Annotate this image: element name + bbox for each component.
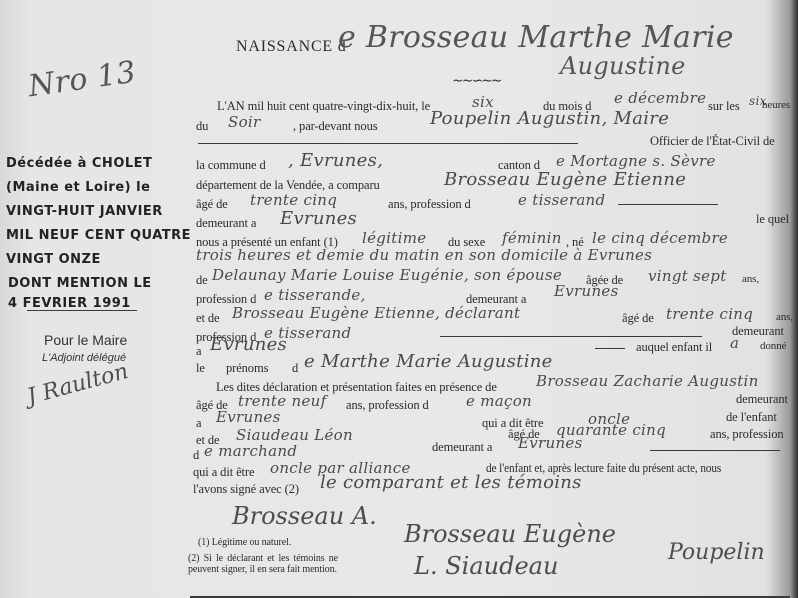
death-note-line: MIL NEUF CENT QUATRE	[6, 224, 191, 248]
hand-witness1-residence: Evrunes	[216, 408, 281, 426]
adjoint-signature: J Raulton	[25, 359, 131, 410]
title-handwritten-2: Augustine	[560, 52, 686, 80]
title-printed: NAISSANCE d	[236, 38, 347, 56]
hand-declarant-age: trente cinq	[666, 305, 753, 323]
hand-birth-date: le cinq décembre	[592, 229, 728, 247]
text-d: d	[292, 361, 298, 376]
text-a: a	[196, 416, 201, 431]
text-year: L'AN mil huit cent quatre-vingt-dix-huit…	[217, 99, 430, 114]
hand-residence: Evrunes	[280, 208, 357, 229]
text-age: âgé de	[622, 311, 654, 326]
hand-comparant: Brosseau Eugène Etienne	[444, 169, 686, 190]
rule	[595, 348, 625, 349]
hand-mother: Delaunay Marie Louise Eugénie, son épous…	[212, 266, 562, 284]
hand-mother-residence: Evrunes	[554, 282, 619, 300]
hand-soir: Soir	[228, 113, 260, 131]
text-et-de: et de	[196, 311, 219, 326]
stamp-pour-le-maire: Pour le Maire	[44, 332, 127, 348]
text-profession: ans, profession d	[346, 398, 429, 413]
mention-note-line: DONT MENTION LE	[8, 274, 152, 294]
mention-note-line: 4 FEVRIER 1991	[8, 294, 152, 314]
text-auquel: auquel enfant il	[636, 340, 712, 355]
footnote-2: (2) Si le déclarant et les témoins ne pe…	[188, 553, 338, 575]
hand-witness2-residence: Evrunes	[518, 434, 583, 452]
text-demeurant: demeurant a	[432, 440, 492, 455]
hand-witness1: Brosseau Zacharie Augustin	[536, 372, 759, 390]
margin-mention-note: DONT MENTION LE 4 FEVRIER 1991	[8, 274, 152, 314]
text-profession: ans, profession d	[388, 197, 471, 212]
text-par-devant: , par-devant nous	[293, 119, 377, 134]
margin-death-note: Décédée à CHOLET (Maine et Loire) le VIN…	[6, 152, 191, 272]
hand-signatories: le comparant et les témoins	[320, 472, 582, 493]
hand-witness2-profession: e marchand	[204, 442, 297, 460]
text-demeurant: demeurant	[736, 392, 788, 407]
hand-witness1-profession: e maçon	[466, 392, 532, 410]
text-demeurant: demeurant	[732, 324, 784, 339]
hand-mother-age: vingt sept	[648, 267, 727, 285]
death-note-line: Décédée à CHOLET	[6, 152, 191, 176]
title-handwritten: e Brosseau Marthe Marie	[338, 20, 734, 55]
text-signe-avec: l'avons signé avec (2)	[193, 482, 299, 497]
hand-a: a	[730, 334, 739, 352]
text-prenoms: prénoms	[226, 361, 268, 376]
signature-brosseau-a: Brosseau A.	[232, 502, 377, 530]
hand-mother-profession: e tisserande,	[264, 286, 366, 304]
hand-sexe: féminin	[502, 229, 562, 247]
hand-commune: , Evrunes,	[288, 150, 383, 171]
text-d: d	[193, 448, 199, 463]
text-du: du	[196, 119, 208, 134]
rule	[618, 204, 718, 205]
death-note-line: (Maine et Loire) le	[6, 176, 191, 200]
hand-residence: Evrunes	[210, 334, 287, 355]
rule	[198, 143, 578, 144]
text-commune: la commune d	[196, 158, 266, 173]
text-le: le	[196, 361, 205, 376]
text-hour-label: sur les	[708, 99, 740, 114]
text-donne: donné	[760, 340, 786, 352]
hand-age: trente cinq	[250, 191, 337, 209]
text-ans-profession: ans, profession	[710, 427, 784, 442]
hand-declarant: Brosseau Eugène Etienne, déclarant	[232, 304, 520, 322]
hand-officer: Poupelin Augustin, Maire	[430, 108, 669, 129]
text-de: de	[196, 273, 208, 288]
hand-canton: e Mortagne s. Sèvre	[556, 152, 716, 170]
text-ans: ans,	[742, 273, 759, 285]
hand-birth-time-place: trois heures et demie du matin en son do…	[196, 246, 652, 264]
text-age: âgé de	[196, 197, 228, 212]
text-heures: heures	[762, 99, 790, 111]
decorative-flourish: ∼∼∽∼∼	[452, 73, 501, 90]
rule	[650, 450, 780, 451]
signature-siaudeau: L. Siaudeau	[414, 552, 558, 580]
death-note-line: VINGT ONZE	[6, 248, 191, 272]
text-demeurant: demeurant a	[196, 216, 256, 231]
text-a: a	[196, 344, 201, 359]
text-lequel: le quel	[756, 212, 789, 227]
text-qui-a-dit: qui a dit être	[193, 465, 254, 480]
birth-record-page: Nro 13 NAISSANCE d e Brosseau Marthe Mar…	[0, 0, 798, 598]
death-note-line: VINGT-HUIT JANVIER	[6, 200, 191, 224]
hand-child-names: e Marthe Marie Augustine	[304, 351, 553, 372]
text-ans: ans,	[776, 311, 793, 323]
text-de-lenfant: de l'enfant	[726, 410, 777, 425]
text-officier: Officier de l'État-Civil de	[650, 134, 775, 149]
record-number: Nro 13	[26, 55, 138, 105]
rule	[440, 336, 702, 337]
hand-legitime: légitime	[362, 229, 426, 247]
mention-underline	[27, 310, 137, 311]
footnote-1: (1) Légitime ou naturel.	[198, 537, 291, 548]
hand-month: e décembre	[614, 89, 706, 107]
signature-poupelin: Poupelin	[668, 540, 765, 565]
signature-brosseau-eugene: Brosseau Eugène	[404, 520, 616, 548]
hand-profession: e tisserand	[518, 191, 605, 209]
